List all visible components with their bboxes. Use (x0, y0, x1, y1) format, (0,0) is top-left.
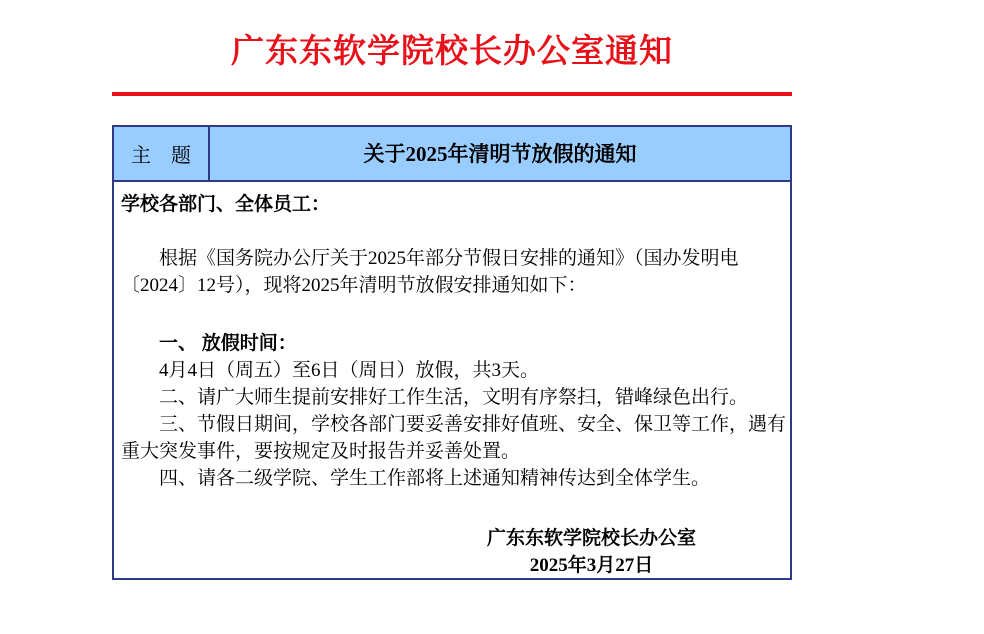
subject-title-cell: 关于2025年清明节放假的通知 (210, 127, 790, 180)
signature-date: 2025年3月27日 (487, 552, 696, 579)
notice-table: 主 题 关于2025年清明节放假的通知 学校各部门、全体员工： 根据《国务院办公… (112, 125, 792, 580)
salutation: 学校各部门、全体员工： (121, 191, 786, 218)
subject-title: 关于2025年清明节放假的通知 (364, 138, 637, 168)
notice-body: 学校各部门、全体员工： 根据《国务院办公厅关于2025年部分节假日安排的通知》（… (114, 182, 790, 579)
title-divider-rule (112, 92, 792, 96)
subject-label-cell: 主 题 (114, 127, 210, 180)
signature-office: 广东东软学院校长办公室 (487, 525, 696, 552)
content-column: 广东东软学院校长办公室通知 主 题 关于2025年清明节放假的通知 学校各部门、… (112, 0, 792, 580)
notice-page: 广东东软学院校长办公室通知 主 题 关于2025年清明节放假的通知 学校各部门、… (0, 0, 984, 634)
intro-paragraph: 根据《国务院办公厅关于2025年部分节假日安排的通知》（国办发明电〔2024〕1… (121, 245, 786, 299)
page-title: 广东东软学院校长办公室通知 (112, 0, 792, 70)
section1-heading: 一、 放假时间： (121, 330, 786, 357)
section1-text: 4月4日（周五）至6日（周日）放假，共3天。 (121, 357, 786, 384)
notice-item-4: 四、请各二级学院、学生工作部将上述通知精神传达到全体学生。 (121, 465, 786, 492)
notice-item-2: 二、请广大师生提前安排好工作生活，文明有序祭扫，错峰绿色出行。 (121, 384, 786, 411)
subject-label: 主 题 (131, 139, 191, 168)
signature-block: 广东东软学院校长办公室 2025年3月27日 (487, 525, 696, 579)
subject-header-row: 主 题 关于2025年清明节放假的通知 (114, 127, 790, 182)
notice-item-3: 三、节假日期间，学校各部门要妥善安排好值班、安全、保卫等工作，遇有重大突发事件，… (121, 411, 786, 465)
